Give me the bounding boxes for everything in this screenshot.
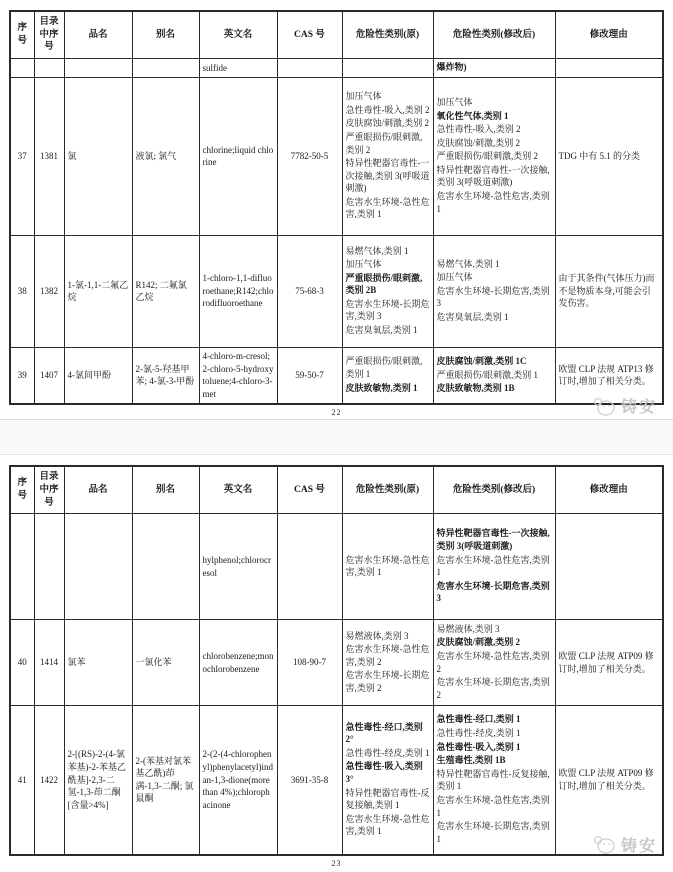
table-row: 371381氯液氯; 氯气chlorine;liquid chlorine778… (10, 77, 663, 235)
cell-reason: 欧盟 CLP 法规 ATP13 修订时,增加了相关分类。 (555, 347, 663, 404)
cell-no: 41 (10, 706, 34, 855)
cell-cas-number: 3691-35-8 (277, 706, 342, 855)
cell-alias (132, 59, 199, 78)
column-header: 英文名 (199, 11, 277, 59)
hazard-item: 危害水生环境-长期危害,类别 2 (346, 669, 430, 694)
hazard-item: 加压气体 (346, 258, 430, 271)
table-row: sulfide爆炸物) (10, 59, 663, 78)
column-header: 别名 (132, 11, 199, 59)
hazard-item: 严重眼损伤/眼刺激,类别 2 (437, 150, 552, 163)
cell-english-name: 2-(2-(4-chlorophenyl)phenylacetyl)indan-… (199, 706, 277, 855)
hazard-item: 氧化性气体,类别 1 (437, 110, 552, 123)
hazard-item: 危害水生环境-急性危害,类别 1 (437, 190, 552, 215)
hazard-item: 急性毒性-经皮,类别 1 (437, 727, 552, 740)
table-head-1: 序号目录中序号品名别名英文名CAS 号危险性类别(原)危险性类别(修改后)修改理… (10, 466, 663, 514)
hazard-item: 严重眼损伤/眼刺激,类别 1 (346, 355, 430, 380)
cell-product-name: 氯苯 (64, 620, 132, 706)
column-header: 英文名 (199, 466, 277, 514)
hazard-item: 危害水生环境-长期危害,类别 1 (437, 820, 552, 845)
hazard-item: 急性毒性-经口,类别 2° (346, 721, 430, 746)
hazard-item: 急性毒性-经皮,类别 1 (346, 747, 430, 760)
cell-catalog-no: 1407 (34, 347, 64, 404)
cell-cas-number: 59-50-7 (277, 347, 342, 404)
hazard-item: 特异性靶器官毒性-反复接触,类别 1 (346, 787, 430, 812)
column-header: 目录中序号 (34, 11, 64, 59)
cell-hazard-modified: 特异性靶器官毒性-一次接触,类别 3(呼吸道刺激)危害水生环境-急性危害,类别 … (433, 514, 555, 620)
cell-no: 39 (10, 347, 34, 404)
table-row: 4114222-[(RS)-2-(4-氯苯基)-2-苯基乙酰基]-2,3-二氢-… (10, 706, 663, 855)
hazard-item: 急性毒性-经口,类别 1 (437, 713, 552, 726)
cell-no: 40 (10, 620, 34, 706)
cell-cas-number: 7782-50-5 (277, 77, 342, 235)
cell-english-name: 4-chloro-m-cresol;2-chloro-5-hydroxytolu… (199, 347, 277, 404)
hazard-item: 危害臭氧层,类别 1 (346, 324, 430, 337)
hazard-item: 危害水生环境-长期危害,类别 3 (437, 285, 552, 310)
hazard-item: 危害水生环境-长期危害,类别 2 (437, 676, 552, 701)
hazard-item: 危害水生环境-长期危害,类别 3 (437, 580, 552, 605)
hazard-item: 特异性靶器官毒性-一次接触,类别 3(呼吸道刺激) (437, 164, 552, 189)
hazard-item: 急性毒性-吸入,类别 2 (346, 104, 430, 117)
hazard-item: 危害水生环境-长期危害,类别 3 (346, 298, 430, 323)
cell-hazard-modified: 易燃液体,类别 3皮肤腐蚀/刺激,类别 2危害水生环境-急性危害,类别 2危害水… (433, 620, 555, 706)
cell-product-name: 2-[(RS)-2-(4-氯苯基)-2-苯基乙酰基]-2,3-二氢-1,3-茚二… (64, 706, 132, 855)
page-number: 22 (0, 405, 673, 419)
page-divider (0, 419, 673, 455)
table-row: 3914074-氯间甲酚2-氯-5-羟基甲苯; 4-氯-3-甲酚4-chloro… (10, 347, 663, 404)
hazard-item: 特异性靶器官毒性-一次接触,类别 3(呼吸道刺激) (437, 527, 552, 552)
cell-cas-number (277, 59, 342, 78)
cell-no (10, 514, 34, 620)
cell-cas-number: 108-90-7 (277, 620, 342, 706)
column-header: 危险性类别(修改后) (433, 11, 555, 59)
table-body-1: hylphenol;chlorocresol危害水生环境-急性危害,类别 1特异… (10, 514, 663, 855)
column-header: 危险性类别(修改后) (433, 466, 555, 514)
cell-catalog-no: 1382 (34, 235, 64, 347)
cell-english-name: 1-chloro-1,1-difluoroethane;R142;chlorod… (199, 235, 277, 347)
header-row: 序号目录中序号品名别名英文名CAS 号危险性类别(原)危险性类别(修改后)修改理… (10, 466, 663, 514)
cell-hazard-original (342, 59, 433, 78)
cell-reason (555, 59, 663, 78)
hazard-item: 严重眼损伤/眼刺激,类别 2 (346, 131, 430, 156)
hazard-item: 皮肤腐蚀/刺激,类别 1C (437, 355, 552, 368)
column-header: 修改理由 (555, 11, 663, 59)
hazard-item: 危害水生环境-急性危害,类别 1 (346, 813, 430, 838)
column-header: 序号 (10, 11, 34, 59)
hazard-item: 急性毒性-吸入,类别 2 (437, 123, 552, 136)
hazard-item: 危害水生环境-急性危害,类别 2 (437, 650, 552, 675)
hazard-item: 危害水生环境-急性危害,类别 2 (346, 643, 430, 668)
cell-reason: TDG 中有 5.1 的分类 (555, 77, 663, 235)
cell-product-name: 1-氯-1,1-二氟乙烷 (64, 235, 132, 347)
hazard-item: 易燃液体,类别 3 (437, 623, 552, 636)
column-header: 品名 (64, 466, 132, 514)
cell-english-name: sulfide (199, 59, 277, 78)
hazard-item: 危害臭氧层,类别 1 (437, 311, 552, 324)
hazard-item: 皮肤致敏物,类别 1B (437, 382, 552, 395)
cell-hazard-modified: 加压气体氧化性气体,类别 1急性毒性-吸入,类别 2皮肤腐蚀/刺激,类别 2严重… (433, 77, 555, 235)
hazard-item: 严重眼损伤/眼刺激,类别 1 (437, 369, 552, 382)
cell-alias: 液氯; 氯气 (132, 77, 199, 235)
hazard-item: 危害水生环境-急性危害,类别 1 (346, 554, 430, 579)
hazard-item: 特异性靶器官毒性-反复接触,类别 1 (437, 768, 552, 793)
cell-hazard-original: 急性毒性-经口,类别 2°急性毒性-经皮,类别 1急性毒性-吸入,类别 3°特异… (342, 706, 433, 855)
cell-reason: 欧盟 CLP 法规 ATP09 修订时,增加了相关分类。 (555, 620, 663, 706)
header-row: 序号目录中序号品名别名英文名CAS 号危险性类别(原)危险性类别(修改后)修改理… (10, 11, 663, 59)
cell-product-name: 4-氯间甲酚 (64, 347, 132, 404)
hazard-item: 危害水生环境-急性危害,类别 1 (437, 794, 552, 819)
cell-no: 37 (10, 77, 34, 235)
column-header: 危险性类别(原) (342, 466, 433, 514)
page-22: 序号目录中序号品名别名英文名CAS 号危险性类别(原)危险性类别(修改后)修改理… (0, 0, 673, 419)
column-header: 危险性类别(原) (342, 11, 433, 59)
column-header: 序号 (10, 466, 34, 514)
cell-hazard-original: 严重眼损伤/眼刺激,类别 1皮肤致敏物,类别 1 (342, 347, 433, 404)
cell-reason: 欧盟 CLP 法规 ATP09 修订时,增加了相关分类。 (555, 706, 663, 855)
cell-english-name: chlorine;liquid chlorine (199, 77, 277, 235)
hazard-item: 加压气体 (346, 90, 430, 103)
cell-english-name: hylphenol;chlorocresol (199, 514, 277, 620)
hazard-item: 皮肤腐蚀/刺激,类别 2 (346, 117, 430, 130)
hazard-table-page-23: 序号目录中序号品名别名英文名CAS 号危险性类别(原)危险性类别(修改后)修改理… (9, 465, 664, 856)
cell-hazard-modified: 急性毒性-经口,类别 1急性毒性-经皮,类别 1急性毒性-吸入,类别 1生殖毒性… (433, 706, 555, 855)
cell-alias: R142; 二氟氯乙烷 (132, 235, 199, 347)
hazard-item: 爆炸物) (437, 61, 552, 74)
table-row: 3813821-氯-1,1-二氟乙烷R142; 二氟氯乙烷1-chloro-1,… (10, 235, 663, 347)
column-header: CAS 号 (277, 11, 342, 59)
cell-catalog-no (34, 59, 64, 78)
hazard-item: 生殖毒性,类别 1B (437, 754, 552, 767)
cell-product-name: 氯 (64, 77, 132, 235)
hazard-item: 加压气体 (437, 96, 552, 109)
hazard-table-page-22: 序号目录中序号品名别名英文名CAS 号危险性类别(原)危险性类别(修改后)修改理… (9, 10, 664, 405)
cell-hazard-modified: 爆炸物) (433, 59, 555, 78)
cell-reason: 由于其条件(气体压力)而不是物质本身,可能会引发伤害。 (555, 235, 663, 347)
cell-product-name (64, 514, 132, 620)
table-row: hylphenol;chlorocresol危害水生环境-急性危害,类别 1特异… (10, 514, 663, 620)
cell-english-name: chlorobenzene;monochlorobenzene (199, 620, 277, 706)
cell-catalog-no: 1414 (34, 620, 64, 706)
cell-alias: 一氯化苯 (132, 620, 199, 706)
cell-hazard-original: 易燃液体,类别 3危害水生环境-急性危害,类别 2危害水生环境-长期危害,类别 … (342, 620, 433, 706)
column-header: 修改理由 (555, 466, 663, 514)
column-header: 目录中序号 (34, 466, 64, 514)
cell-reason (555, 514, 663, 620)
hazard-item: 加压气体 (437, 271, 552, 284)
cell-catalog-no: 1422 (34, 706, 64, 855)
hazard-item: 急性毒性-吸入,类别 3° (346, 760, 430, 785)
hazard-item: 严重眼损伤/眼刺激,类别 2B (346, 272, 430, 297)
hazard-item: 易燃液体,类别 3 (346, 630, 430, 643)
cell-alias: 2-氯-5-羟基甲苯; 4-氯-3-甲酚 (132, 347, 199, 404)
cell-hazard-original: 危害水生环境-急性危害,类别 1 (342, 514, 433, 620)
cell-alias: 2-(苯基对氯苯基乙酰)茚满-1,3-二酮; 氯鼠酮 (132, 706, 199, 855)
hazard-item: 易燃气体,类别 1 (437, 258, 552, 271)
cell-hazard-modified: 易燃气体,类别 1加压气体危害水生环境-长期危害,类别 3危害臭氧层,类别 1 (433, 235, 555, 347)
hazard-item: 特异性靶器官毒性-一次接触,类别 3(呼吸道刺激) (346, 157, 430, 195)
cell-cas-number: 75-68-3 (277, 235, 342, 347)
page-23: 序号目录中序号品名别名英文名CAS 号危险性类别(原)危险性类别(修改后)修改理… (0, 455, 673, 870)
hazard-item: 危害水生环境-急性危害,类别 1 (437, 554, 552, 579)
cell-catalog-no (34, 514, 64, 620)
cell-no: 38 (10, 235, 34, 347)
hazard-item: 皮肤腐蚀/刺激,类别 2 (437, 137, 552, 150)
column-header: 品名 (64, 11, 132, 59)
cell-no (10, 59, 34, 78)
column-header: 别名 (132, 466, 199, 514)
hazard-item: 皮肤腐蚀/刺激,类别 2 (437, 636, 552, 649)
table-row: 401414氯苯一氯化苯chlorobenzene;monochlorobenz… (10, 620, 663, 706)
table-head-0: 序号目录中序号品名别名英文名CAS 号危险性类别(原)危险性类别(修改后)修改理… (10, 11, 663, 59)
hazard-item: 皮肤致敏物,类别 1 (346, 382, 430, 395)
cell-hazard-original: 易燃气体,类别 1加压气体严重眼损伤/眼刺激,类别 2B危害水生环境-长期危害,… (342, 235, 433, 347)
page-number: 23 (0, 856, 673, 870)
hazard-item: 危害水生环境-急性危害,类别 1 (346, 196, 430, 221)
table-body-0: sulfide爆炸物)371381氯液氯; 氯气chlorine;liquid … (10, 59, 663, 405)
cell-hazard-modified: 皮肤腐蚀/刺激,类别 1C严重眼损伤/眼刺激,类别 1皮肤致敏物,类别 1B (433, 347, 555, 404)
cell-catalog-no: 1381 (34, 77, 64, 235)
cell-product-name (64, 59, 132, 78)
cell-hazard-original: 加压气体急性毒性-吸入,类别 2皮肤腐蚀/刺激,类别 2严重眼损伤/眼刺激,类别… (342, 77, 433, 235)
hazard-item: 易燃气体,类别 1 (346, 245, 430, 258)
hazard-item: 急性毒性-吸入,类别 1 (437, 741, 552, 754)
cell-cas-number (277, 514, 342, 620)
cell-alias (132, 514, 199, 620)
column-header: CAS 号 (277, 466, 342, 514)
